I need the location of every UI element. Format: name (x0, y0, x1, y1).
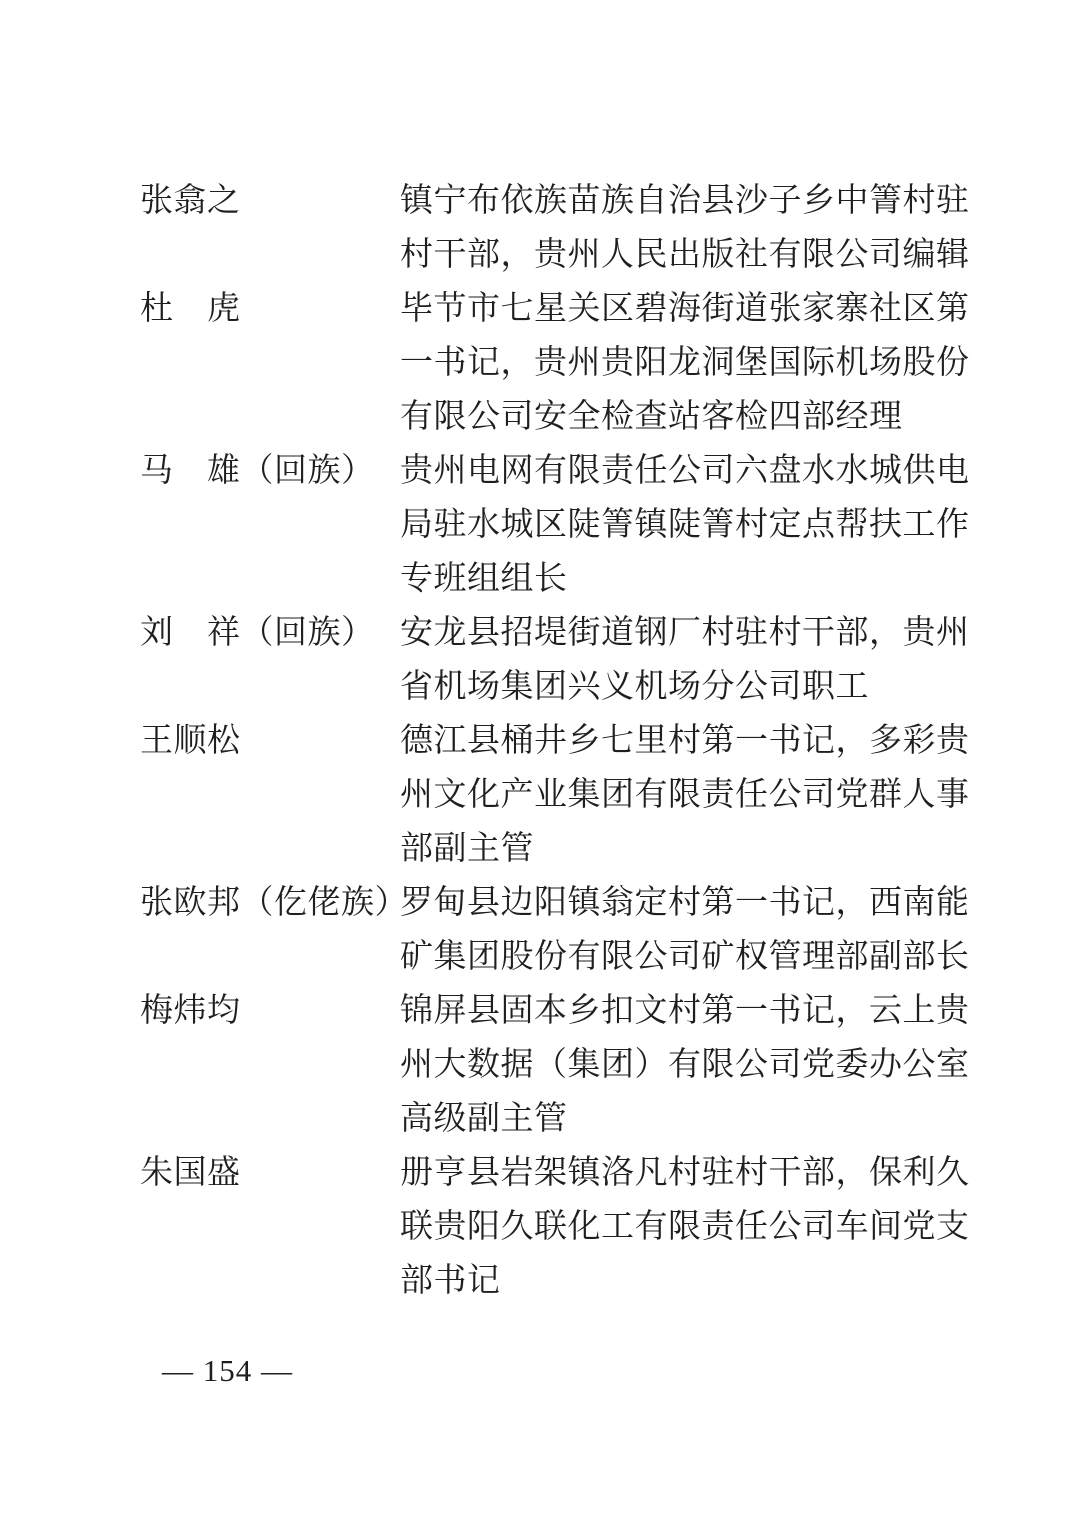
ethnic-group-label: （回族） (241, 615, 375, 651)
list-entry: 朱国盛 册亨县岩架镇洛凡村驻村干部，保利久联贵阳久联化工有限责任公司车间党支部书… (140, 1146, 980, 1308)
position-line: 一书记，贵州贵阳龙洞堡国际机场股份 (400, 336, 980, 390)
position-line: 省机场集团兴义机场分公司职工 (400, 660, 980, 714)
list-entry: 刘 祥（回族） 安龙县招堤街道钢厂村驻村干部，贵州省机场集团兴义机场分公司职工 (140, 606, 980, 714)
position-line: 罗甸县边阳镇翁定村第一书记，西南能 (400, 876, 980, 930)
document-page: 张翕之 镇宁布依族苗族自治县沙子乡中箐村驻村干部，贵州人民出版社有限公司编辑 杜… (0, 0, 1080, 1527)
person-name: 张翕之 (140, 174, 400, 228)
person-position: 册亨县岩架镇洛凡村驻村干部，保利久联贵阳久联化工有限责任公司车间党支部书记 (400, 1146, 980, 1308)
list-entry: 梅炜均 锦屏县固本乡扣文村第一书记，云上贵州大数据（集团）有限公司党委办公室高级… (140, 984, 980, 1146)
position-line: 有限公司安全检查站客检四部经理 (400, 390, 980, 444)
person-position: 安龙县招堤街道钢厂村驻村干部，贵州省机场集团兴义机场分公司职工 (400, 606, 980, 714)
person-name: 朱国盛 (140, 1146, 400, 1200)
person-position: 毕节市七星关区碧海街道张家寨社区第一书记，贵州贵阳龙洞堡国际机场股份有限公司安全… (400, 282, 980, 444)
award-list: 张翕之 镇宁布依族苗族自治县沙子乡中箐村驻村干部，贵州人民出版社有限公司编辑 杜… (140, 174, 980, 1308)
position-line: 村干部，贵州人民出版社有限公司编辑 (400, 228, 980, 282)
person-name-text: 梅炜均 (140, 993, 241, 1029)
person-name: 梅炜均 (140, 984, 400, 1038)
position-line: 镇宁布依族苗族自治县沙子乡中箐村驻 (400, 174, 980, 228)
person-position: 德江县桶井乡七里村第一书记，多彩贵州文化产业集团有限责任公司党群人事部副主管 (400, 714, 980, 876)
person-name-text: 刘 祥 (140, 615, 241, 651)
position-line: 联贵阳久联化工有限责任公司车间党支 (400, 1200, 980, 1254)
position-line: 册亨县岩架镇洛凡村驻村干部，保利久 (400, 1146, 980, 1200)
person-name: 王顺松 (140, 714, 400, 768)
position-line: 德江县桶井乡七里村第一书记，多彩贵 (400, 714, 980, 768)
position-line: 毕节市七星关区碧海街道张家寨社区第 (400, 282, 980, 336)
person-name: 刘 祥（回族） (140, 606, 400, 660)
position-line: 部书记 (400, 1254, 980, 1308)
list-entry: 张欧邦（仡佬族） 罗甸县边阳镇翁定村第一书记，西南能矿集团股份有限公司矿权管理部… (140, 876, 980, 984)
position-line: 贵州电网有限责任公司六盘水水城供电 (400, 444, 980, 498)
position-line: 锦屏县固本乡扣文村第一书记，云上贵 (400, 984, 980, 1038)
person-position: 锦屏县固本乡扣文村第一书记，云上贵州大数据（集团）有限公司党委办公室高级副主管 (400, 984, 980, 1146)
person-name-text: 马 雄 (140, 453, 241, 489)
person-position: 镇宁布依族苗族自治县沙子乡中箐村驻村干部，贵州人民出版社有限公司编辑 (400, 174, 980, 282)
ethnic-group-label: （回族） (241, 453, 375, 489)
page-number: — 154 — (162, 1352, 293, 1390)
person-name: 张欧邦（仡佬族） (140, 876, 400, 930)
person-name: 马 雄（回族） (140, 444, 400, 498)
ethnic-group-label: （仡佬族） (241, 885, 409, 921)
list-entry: 张翕之 镇宁布依族苗族自治县沙子乡中箐村驻村干部，贵州人民出版社有限公司编辑 (140, 174, 980, 282)
position-line: 州文化产业集团有限责任公司党群人事 (400, 768, 980, 822)
list-entry: 杜 虎 毕节市七星关区碧海街道张家寨社区第一书记，贵州贵阳龙洞堡国际机场股份有限… (140, 282, 980, 444)
position-line: 矿集团股份有限公司矿权管理部副部长 (400, 930, 980, 984)
person-name: 杜 虎 (140, 282, 400, 336)
person-name-text: 张欧邦 (140, 885, 241, 921)
position-line: 局驻水城区陡箐镇陡箐村定点帮扶工作 (400, 498, 980, 552)
list-entry: 马 雄（回族） 贵州电网有限责任公司六盘水水城供电局驻水城区陡箐镇陡箐村定点帮扶… (140, 444, 980, 606)
person-name-text: 王顺松 (140, 723, 241, 759)
person-name-text: 朱国盛 (140, 1155, 241, 1191)
position-line: 州大数据（集团）有限公司党委办公室 (400, 1038, 980, 1092)
person-position: 贵州电网有限责任公司六盘水水城供电局驻水城区陡箐镇陡箐村定点帮扶工作专班组组长 (400, 444, 980, 606)
position-line: 高级副主管 (400, 1092, 980, 1146)
position-line: 专班组组长 (400, 552, 980, 606)
list-entry: 王顺松 德江县桶井乡七里村第一书记，多彩贵州文化产业集团有限责任公司党群人事部副… (140, 714, 980, 876)
person-name-text: 张翕之 (140, 183, 241, 219)
person-name-text: 杜 虎 (140, 291, 241, 327)
position-line: 部副主管 (400, 822, 980, 876)
position-line: 安龙县招堤街道钢厂村驻村干部，贵州 (400, 606, 980, 660)
person-position: 罗甸县边阳镇翁定村第一书记，西南能矿集团股份有限公司矿权管理部副部长 (400, 876, 980, 984)
